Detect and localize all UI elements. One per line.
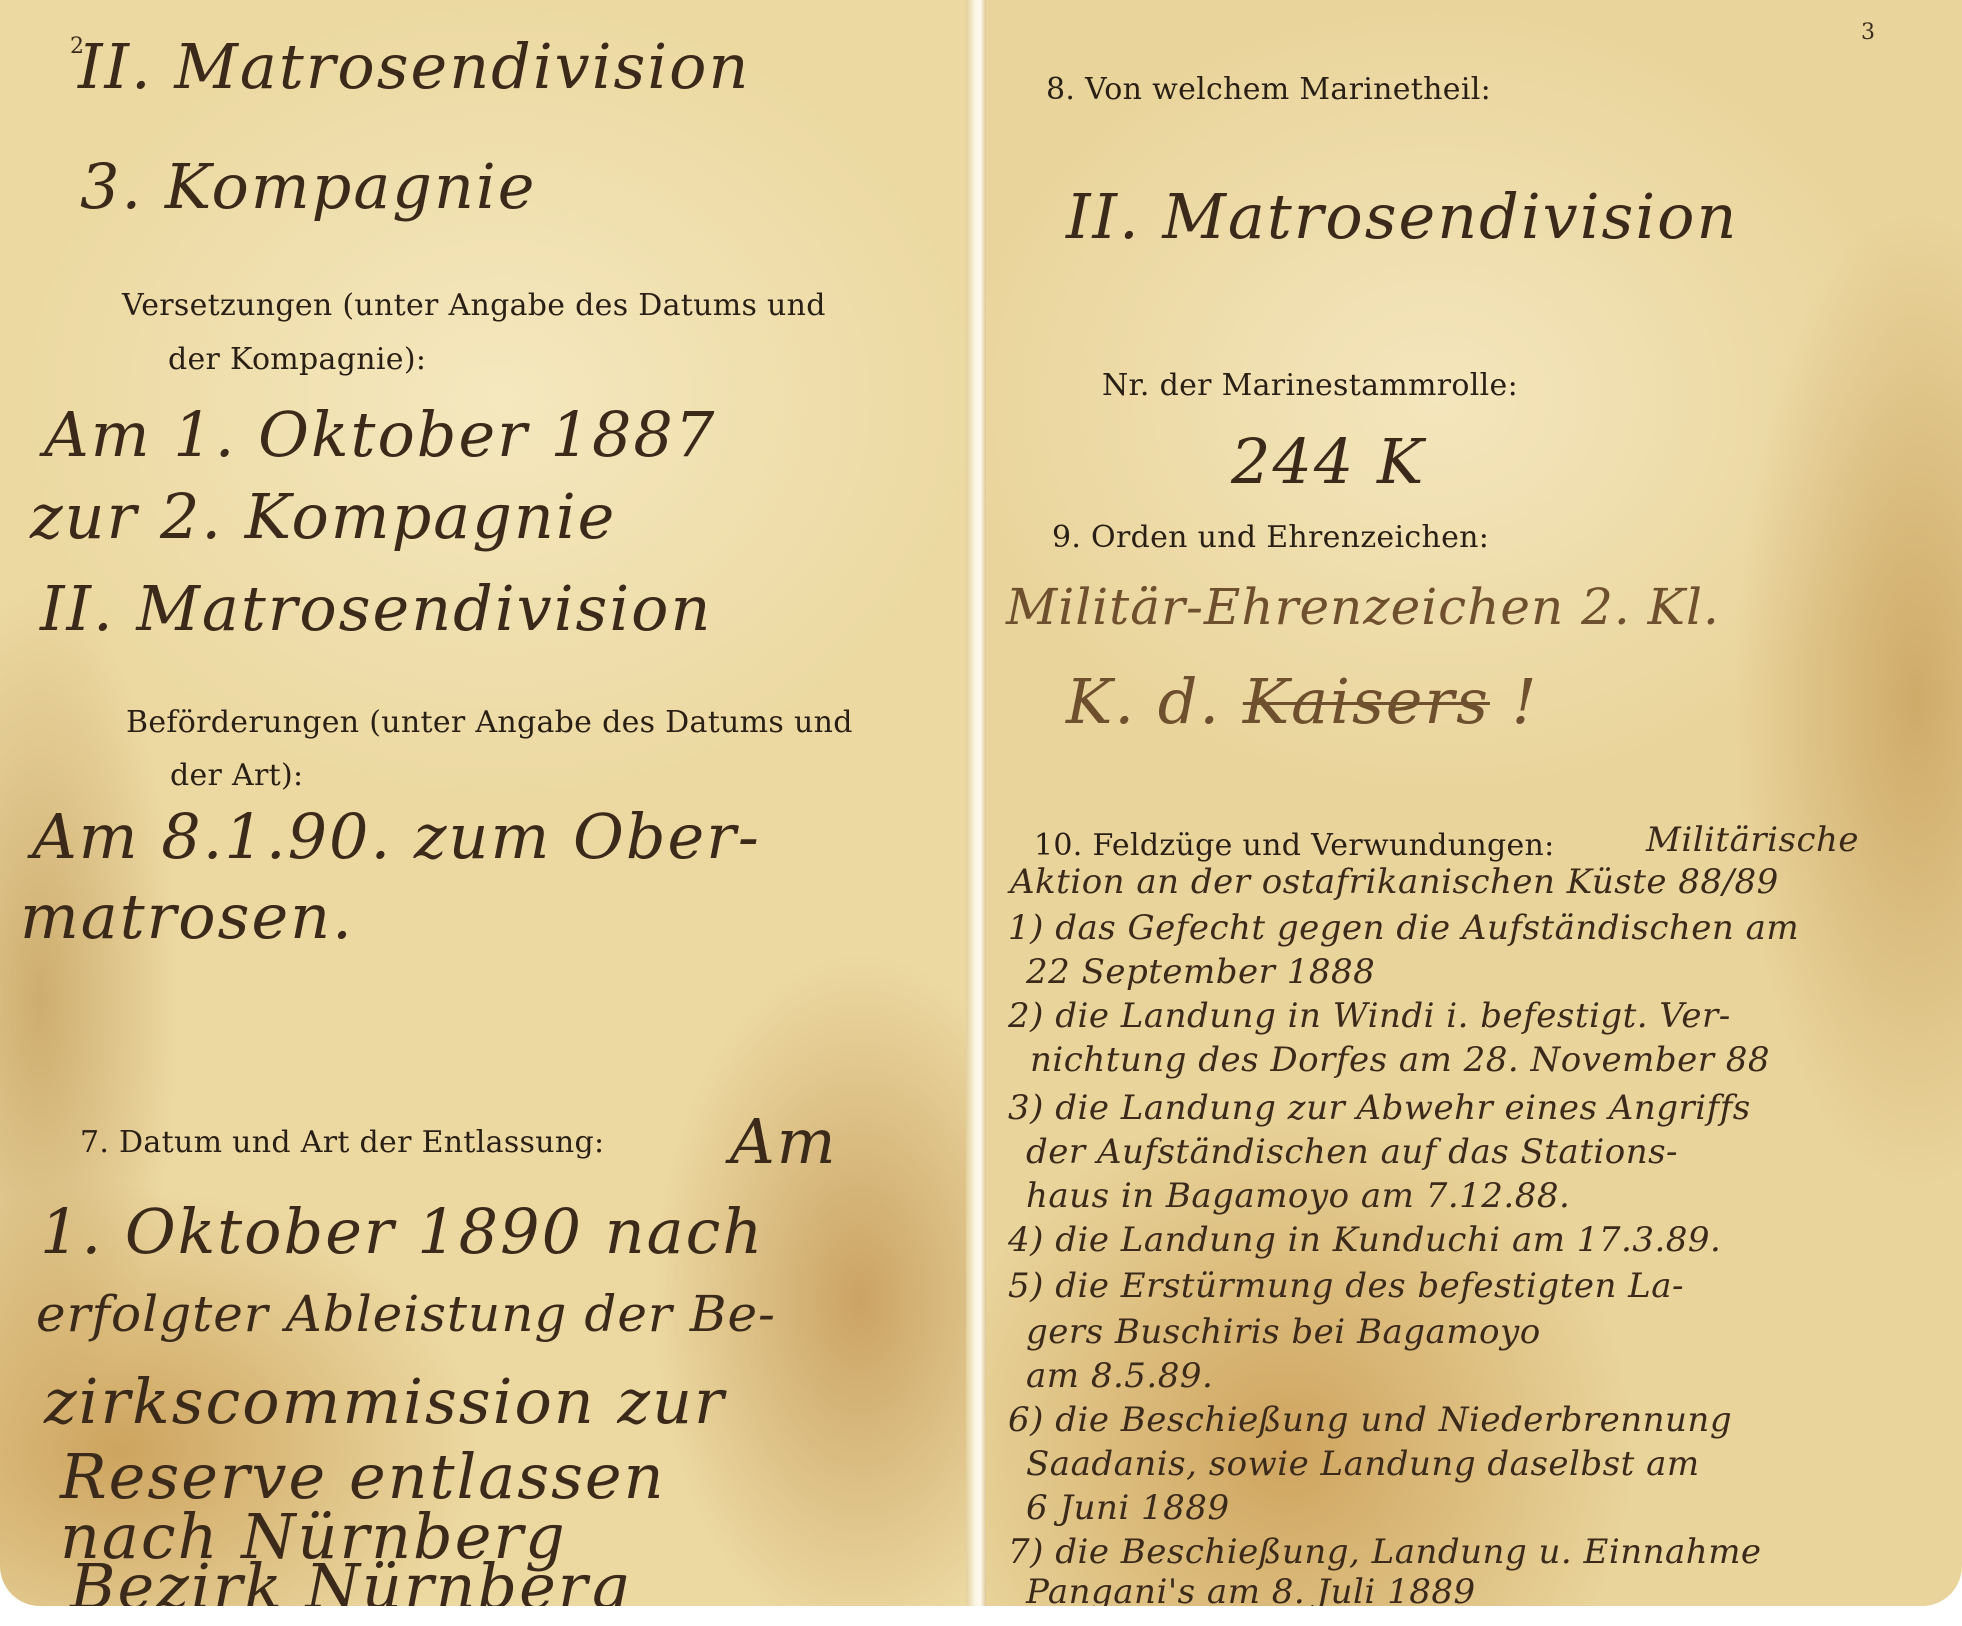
orden-entry-2-struck: Kaisers [1243, 665, 1490, 738]
entlassung-entry-6: Bezirk Nürnberg [70, 1550, 631, 1606]
feldzuege-line-4: nichtung des Dorfes am 28. November 88 [1030, 1040, 1770, 1080]
feldzuege-line-13: Saadanis, sowie Landung daselbst am [1026, 1444, 1700, 1484]
entlassung-entry-first: Am [730, 1105, 838, 1178]
page-number-right: 3 [1861, 20, 1875, 45]
feldzuege-line-0: Aktion an der ostafrikanischen Küste 88/… [1010, 862, 1779, 902]
befoerderungen-label-line1: Beförderungen (unter Angabe des Datums u… [126, 705, 853, 740]
feldzuege-line-3: 2) die Landung in Windi i. befestigt. Ve… [1008, 996, 1731, 1036]
feldzuege-line-2: 22 September 1888 [1026, 952, 1375, 992]
versetzungen-entry-3: II. Matrosendivision [40, 572, 712, 645]
stammrolle-entry: 244 K [1231, 425, 1425, 498]
befoerderungen-entry-2: matrosen. [20, 880, 354, 953]
marinetheil-label: 8. Von welchem Marinetheil: [1046, 72, 1491, 107]
versetzungen-label-line2: der Kompagnie): [168, 342, 426, 377]
feldzuege-line-9: 5) die Erstürmung des befestigten La- [1008, 1266, 1684, 1306]
left-page: 2 II. Matrosendivision 3. Kompagnie Vers… [0, 0, 972, 1606]
open-booklet: 2 II. Matrosendivision 3. Kompagnie Vers… [0, 0, 1962, 1612]
handwritten-division: II. Matrosendivision [78, 30, 750, 103]
entlassung-entry-1: 1. Oktober 1890 nach [40, 1195, 764, 1268]
feldzuege-line-1: 1) das Gefecht gegen die Aufständischen … [1008, 908, 1799, 948]
orden-entry-2-suffix: ! [1512, 665, 1539, 738]
feldzuege-line-16: Pangani's am 8. Juli 1889 [1026, 1572, 1476, 1606]
versetzungen-entry-2: zur 2. Kompagnie [30, 480, 616, 553]
handwritten-company: 3. Kompagnie [80, 150, 536, 223]
feldzuege-entry-first: Militärische [1646, 820, 1859, 860]
entlassung-entry-3: zirkscommission zur [44, 1365, 726, 1438]
right-page: 3 8. Von welchem Marinetheil: II. Matros… [986, 0, 1962, 1606]
versetzungen-label-line1: Versetzungen (unter Angabe des Datums un… [122, 288, 826, 323]
orden-entry-2-prefix: K. d. [1066, 665, 1221, 738]
marinetheil-entry: II. Matrosendivision [1066, 180, 1738, 253]
feldzuege-line-6: der Aufständischen auf das Stations- [1026, 1132, 1678, 1172]
befoerderungen-entry-1: Am 8.1.90. zum Ober- [32, 800, 761, 873]
feldzuege-label: 10. Feldzüge und Verwundungen: [1034, 828, 1555, 863]
feldzuege-line-5: 3) die Landung zur Abwehr eines Angriffs [1008, 1088, 1751, 1128]
feldzuege-line-12: 6) die Beschießung und Niederbrennung [1008, 1400, 1732, 1440]
befoerderungen-label-line2: der Art): [170, 758, 303, 793]
entlassung-label: 7. Datum und Art der Entlassung: [80, 1125, 604, 1160]
stammrolle-label: Nr. der Marinestammrolle: [1102, 368, 1518, 403]
orden-entry-2: K. d. Kaisers ! [1066, 665, 1539, 738]
versetzungen-entry-1: Am 1. Oktober 1887 [44, 398, 716, 471]
feldzuege-line-8: 4) die Landung in Kunduchi am 17.3.89. [1008, 1220, 1721, 1260]
feldzuege-line-7: haus in Bagamoyo am 7.12.88. [1026, 1176, 1570, 1216]
orden-label: 9. Orden und Ehrenzeichen: [1052, 520, 1489, 555]
entlassung-entry-2: erfolgter Ableistung der Be- [36, 1285, 776, 1343]
feldzuege-line-11: am 8.5.89. [1026, 1356, 1213, 1396]
feldzuege-line-10: gers Buschiris bei Bagamoyo [1026, 1312, 1541, 1352]
feldzuege-line-14: 6 Juni 1889 [1026, 1488, 1230, 1528]
feldzuege-line-15: 7) die Beschießung, Landung u. Einnahme [1008, 1532, 1762, 1572]
orden-entry-1: Militär-Ehrenzeichen 2. Kl. [1006, 578, 1720, 636]
